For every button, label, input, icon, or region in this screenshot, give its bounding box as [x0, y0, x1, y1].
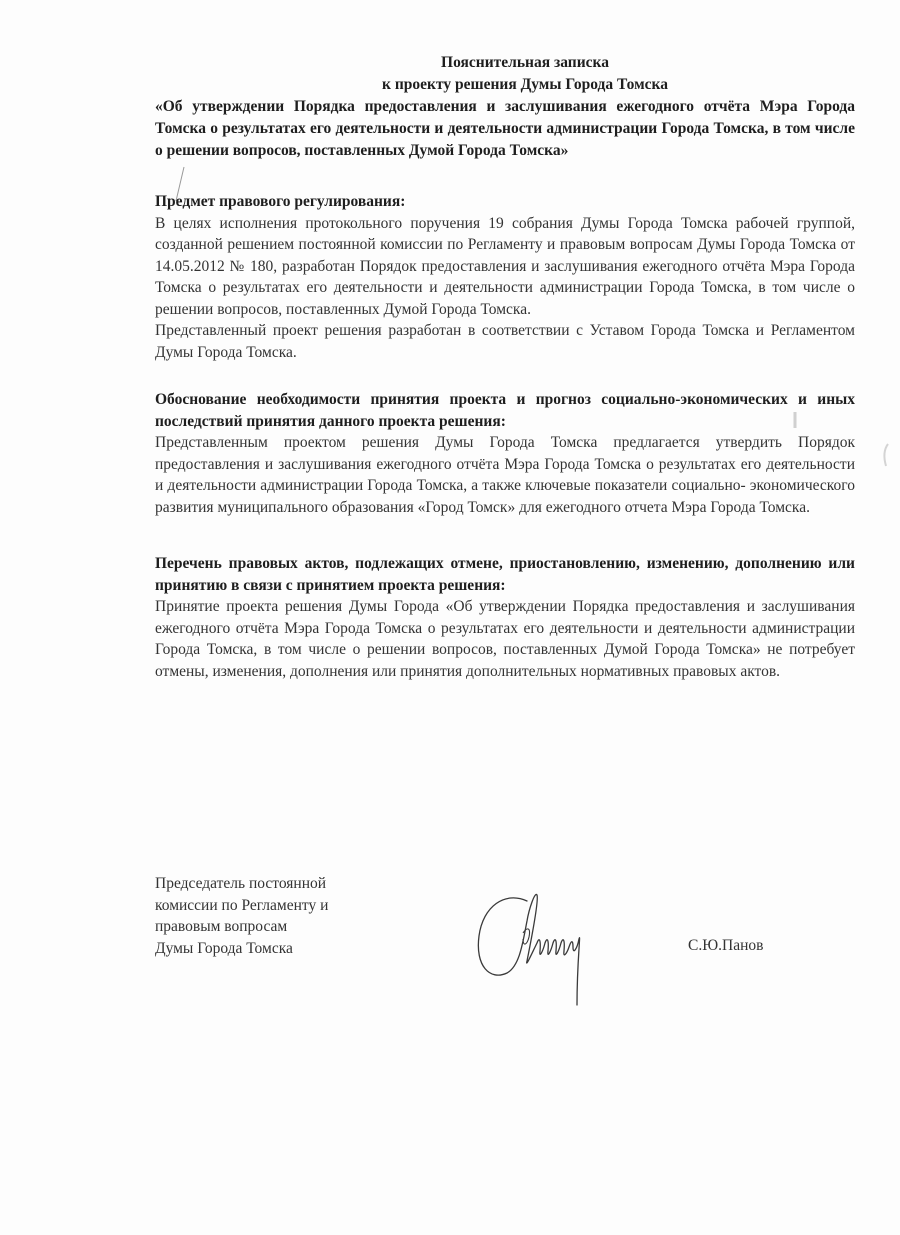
document-subtitle: к проекту решения Думы Города Томска: [155, 74, 855, 96]
section-legal-regulation-subject: Предмет правового регулирования: В целях…: [155, 191, 855, 363]
signer-name: С.Ю.Панов: [688, 935, 763, 957]
section-heading: Перечень правовых актов, подлежащих отме…: [155, 553, 855, 596]
section-paragraph: Представленным проектом решения Думы Гор…: [155, 432, 855, 518]
section-paragraph: В целях исполнения протокольного поручен…: [155, 213, 855, 321]
section-legal-acts-list: Перечень правовых актов, подлежащих отме…: [155, 553, 855, 682]
document-title: Пояснительная записка: [155, 52, 855, 74]
section-paragraph: Принятие проекта решения Думы Города «Об…: [155, 596, 855, 682]
section-heading: Обоснование необходимости принятия проек…: [155, 389, 855, 432]
section-paragraph: Представленный проект решения разработан…: [155, 320, 855, 363]
signature-block: Председатель постоянной комиссии по Регл…: [155, 873, 855, 1013]
document-subject: «Об утверждении Порядка предоставления и…: [155, 96, 855, 162]
section-heading: Предмет правового регулирования:: [155, 191, 855, 213]
section-justification: Обоснование необходимости принятия проек…: [155, 389, 855, 518]
signer-position: Председатель постоянной комиссии по Регл…: [155, 873, 395, 959]
document-page: Пояснительная записка к проекту решения …: [0, 0, 900, 1235]
document-header: Пояснительная записка к проекту решения …: [155, 52, 855, 162]
scan-mark-icon: [878, 440, 894, 470]
handwritten-signature-icon: [465, 881, 605, 1011]
